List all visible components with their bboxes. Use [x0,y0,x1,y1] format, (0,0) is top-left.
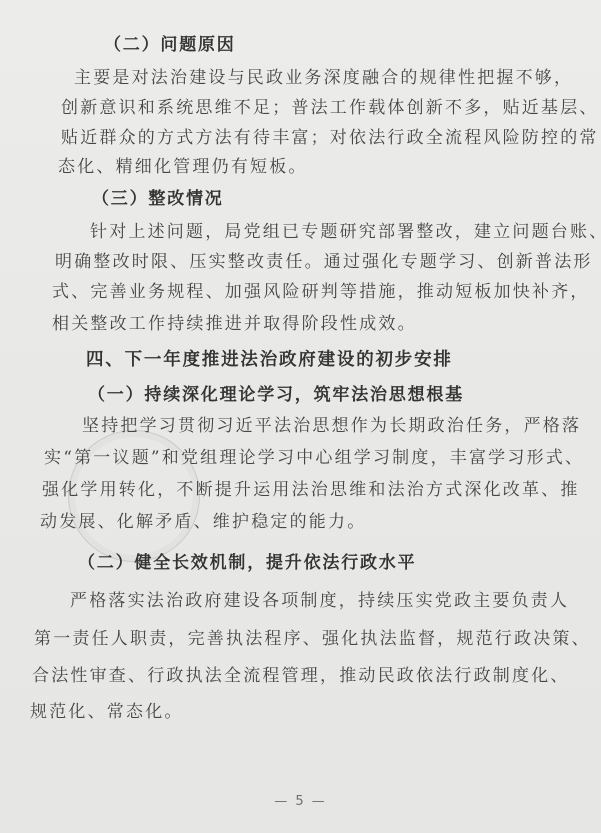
paragraph-line: 强化学用转化，不断提升运用法治思维和法治方式深化改革、推 [42,479,580,501]
paragraph-line: 动发展、化解矛盾、维护稳定的能力。 [40,511,366,533]
paragraph-line: 式、完善业务规程、加强风险研判等措施，推动短板加快补齐， [52,281,590,303]
paragraph-line: 坚持把学习贯彻习近平法治思想作为长期政治任务，严格落 [82,415,581,437]
paragraph-line: 态化、精细化管理仍有短板。 [58,156,308,178]
paragraph-line: 相关整改工作持续推进并取得阶段性成效。 [52,313,417,335]
document-page: （二）问题原因 主要是对法治建设与民政业务深度融合的规律性把握不够， 创新意识和… [0,0,601,833]
paragraph-line: 针对上述问题，局党组已专题研究部署整改，建立问题台账、 [90,221,601,243]
paragraph-line: 第一责任人职责，完善执法程序、强化执法监督，规范行政决策、 [34,628,591,650]
paragraph-line: 明确整改时限、压实整改责任。通过强化专题学习、创新普法形 [55,251,593,273]
heading-next-year-plan: 四、下一年度推进法治政府建设的初步安排 [86,349,453,371]
paragraph-line: 贴近群众的方式方法有待丰富；对依法行政全流程风险防控的常 [61,127,599,149]
paragraph-line: 严格落实法治政府建设各项制度，持续压实党政主要负责人 [70,590,569,612]
paragraph-line: 合法性审查、行政执法全流程管理，推动民政依法行政制度化、 [32,665,570,687]
paragraph-line: 主要是对法治建设与民政业务深度融合的规律性把握不够， [74,67,573,89]
paragraph-line: 实“第一议题”和党组理论学习中心组学习制度，丰富学习形式、 [44,447,584,469]
subheading-theory-study: （一）持续深化理论学习，筑牢法治思想根基 [88,384,464,406]
subheading-problem-causes: （二）问题原因 [104,34,236,56]
subheading-long-term-mechanism: （二）健全长效机制，提升依法行政水平 [78,552,416,574]
page-number: — 5 — [0,794,601,809]
subheading-rectification: （三）整改情况 [92,188,224,210]
paragraph-line: 创新意识和系统思维不足；普法工作载体创新不多，贴近基层、 [61,97,599,119]
paragraph-line: 规范化、常态化。 [30,701,184,723]
